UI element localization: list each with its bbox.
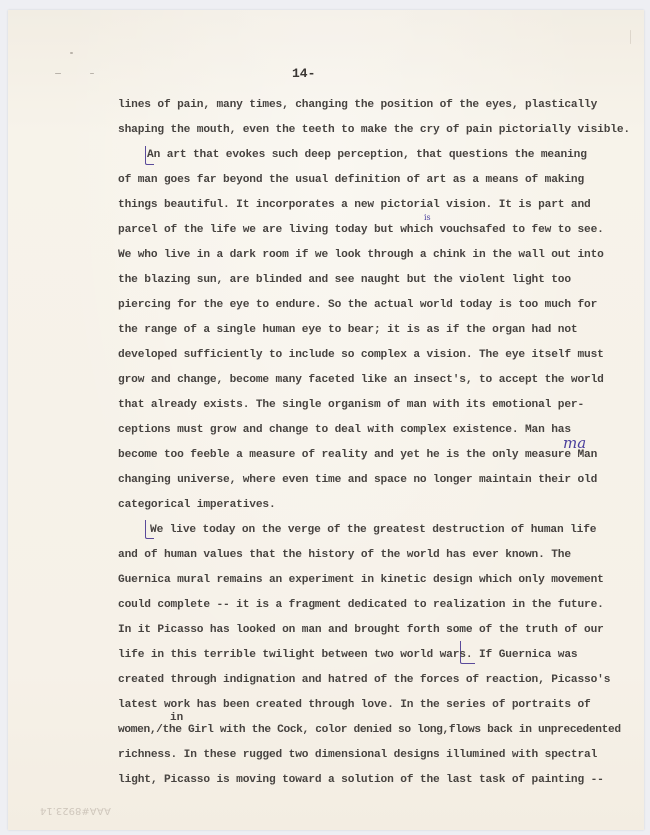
text-line: and of human values that the history of … (118, 549, 571, 561)
text-line: of man goes far beyond the usual definit… (118, 174, 584, 186)
paper-speck (90, 73, 94, 74)
paper-speck (55, 73, 61, 74)
text-line: light, Picasso is moving toward a soluti… (118, 774, 604, 786)
text-line: women,/the Girl with the Cock, color den… (118, 724, 621, 736)
text-line: shaping the mouth, even the teeth to mak… (118, 124, 630, 136)
text-line: richness. In these rugged two dimensiona… (118, 749, 597, 761)
text-line: We who live in a dark room if we look th… (118, 249, 604, 261)
insert-annotation-in: in (170, 712, 183, 724)
paper-speck (70, 52, 73, 54)
text-line: piercing for the eye to endure. So the a… (118, 299, 597, 311)
text-line: that already exists. The single organism… (118, 399, 584, 411)
text-line: grow and change, become many faceted lik… (118, 374, 604, 386)
text-line: categorical imperatives. (118, 499, 276, 511)
document-page: 14- lines of pain, many times, changing … (8, 10, 644, 830)
text-line: things beautiful. It incorporates a new … (118, 199, 591, 211)
text-line: We live today on the verge of the greate… (150, 524, 596, 536)
text-line: latest work has been created through lov… (118, 699, 591, 711)
archive-stamp: AAA#8923.14 (40, 805, 111, 816)
text-line: could complete -- it is a fragment dedic… (118, 599, 604, 611)
page-number: 14- (292, 66, 315, 81)
text-line: created through indignation and hatred o… (118, 674, 610, 686)
text-line: the blazing sun, are blinded and see nau… (118, 274, 571, 286)
text-line: the range of a single human eye to bear;… (118, 324, 577, 336)
text-line: lines of pain, many times, changing the … (118, 99, 597, 111)
text-line: changing universe, where even time and s… (118, 474, 597, 486)
insert-annotation-is: is (424, 213, 431, 222)
text-line: developed sufficiently to include so com… (118, 349, 604, 361)
text-line: Guernica mural remains an experiment in … (118, 574, 604, 586)
text-line: become too feeble a measure of reality a… (118, 449, 597, 461)
text-line: life in this terrible twilight between t… (118, 649, 577, 661)
paper-speck (630, 30, 631, 44)
text-line: In it Picasso has looked on man and brou… (118, 624, 604, 636)
text-line: ceptions must grow and change to deal wi… (118, 424, 571, 436)
text-line: parcel of the life we are living today b… (118, 224, 604, 236)
text-line: An art that evokes such deep perception,… (147, 149, 587, 161)
